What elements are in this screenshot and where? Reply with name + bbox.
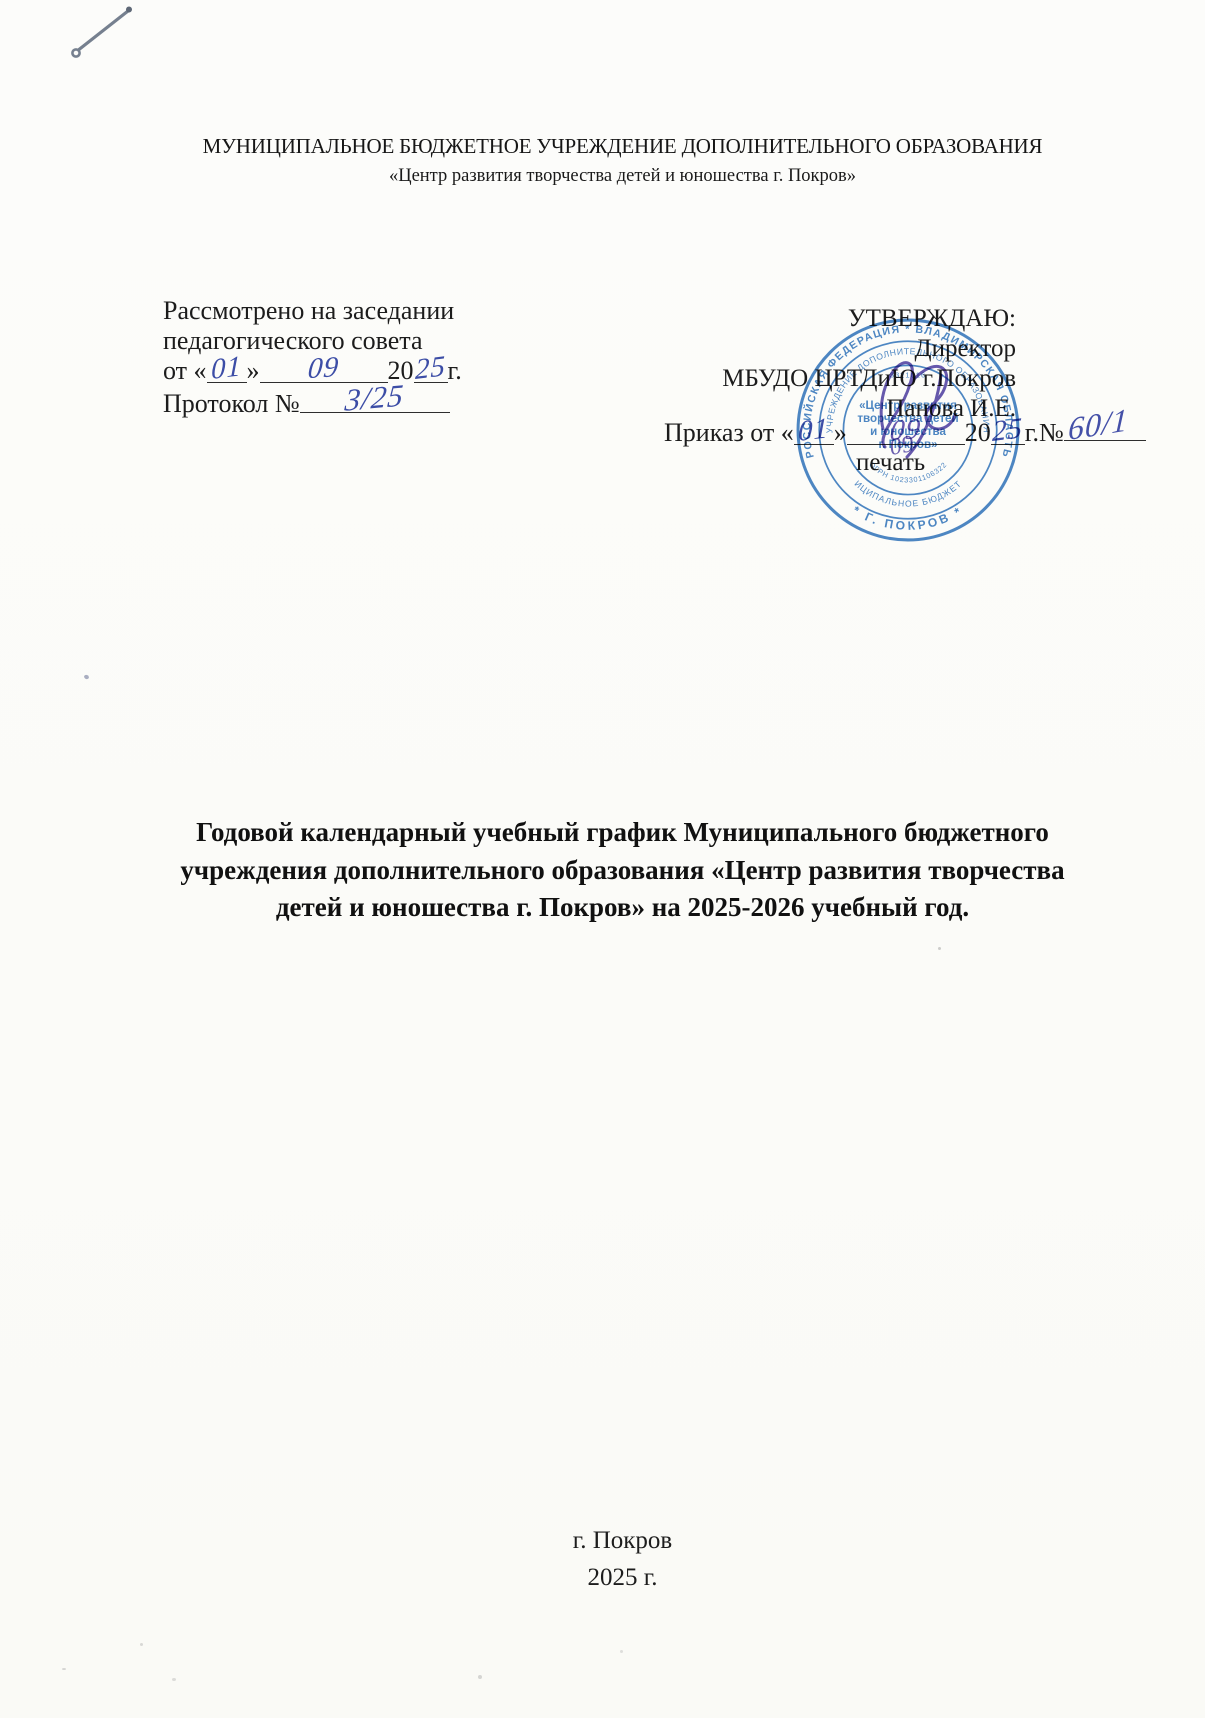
org-name-quoted: «Центр развития творчества детей и юноше… <box>40 166 1205 187</box>
date-day-field: 01 <box>207 356 247 383</box>
date-year-field: 25 <box>414 356 448 383</box>
document-footer: г. Покров 2025 г. <box>40 1522 1205 1596</box>
footer-year: 2025 г. <box>40 1559 1205 1596</box>
review-line-2: педагогического совета <box>163 326 462 356</box>
order-mid: г.№ <box>1025 418 1064 447</box>
scan-speck <box>620 1650 623 1653</box>
review-date-line: от «01»092025г. <box>163 356 462 386</box>
protocol-line: Протокол №3/25 <box>163 386 462 419</box>
handwritten-month: 09 <box>307 353 341 384</box>
handwritten-signature-month: 09 <box>888 431 916 461</box>
document-header: МУНИЦИПАЛЬНОЕ БЮДЖЕТНОЕ УЧРЕЖДЕНИЕ ДОПОЛ… <box>40 134 1205 187</box>
date-month-field: 09 <box>260 356 388 383</box>
review-block: Рассмотрено на заседании педагогического… <box>163 296 462 419</box>
handwritten-day: 01 <box>211 352 242 385</box>
org-name-caps: МУНИЦИПАЛЬНОЕ БЮДЖЕТНОЕ УЧРЕЖДЕНИЕ ДОПОЛ… <box>40 134 1205 159</box>
scan-speck <box>172 1678 176 1681</box>
handwritten-order-number: 60/1 <box>1067 403 1129 445</box>
scan-speck <box>83 674 89 680</box>
pen-mark <box>62 0 152 70</box>
scan-speck <box>140 1643 143 1646</box>
protocol-label: Протокол № <box>163 389 300 418</box>
title-line-2: учреждения дополнительного образования «… <box>40 852 1205 890</box>
title-line-3: детей и юношества г. Покров» на 2025-202… <box>40 889 1205 927</box>
document-title: Годовой календарный учебный график Муниц… <box>40 814 1205 927</box>
handwritten-year: 25 <box>415 352 446 385</box>
order-prefix: Приказ от « <box>664 418 794 447</box>
order-number-field: 60/1 <box>1064 414 1146 441</box>
director-signature: 09 <box>845 345 995 475</box>
protocol-number-field: 3/25 <box>300 386 450 413</box>
footer-city: г. Покров <box>40 1522 1205 1559</box>
review-line-1: Рассмотрено на заседании <box>163 296 462 326</box>
date-suffix: г. <box>448 356 462 385</box>
date-quote-close: » <box>247 356 260 385</box>
date-prefix: от « <box>163 356 207 385</box>
scanned-document-page: МУНИЦИПАЛЬНОЕ БЮДЖЕТНОЕ УЧРЕЖДЕНИЕ ДОПОЛ… <box>0 0 1205 1718</box>
scan-speck <box>938 947 941 950</box>
handwritten-protocol-number: 3/25 <box>344 379 406 416</box>
scan-speck <box>478 1675 482 1679</box>
scan-speck <box>62 1668 66 1670</box>
title-line-1: Годовой календарный учебный график Муниц… <box>40 814 1205 852</box>
